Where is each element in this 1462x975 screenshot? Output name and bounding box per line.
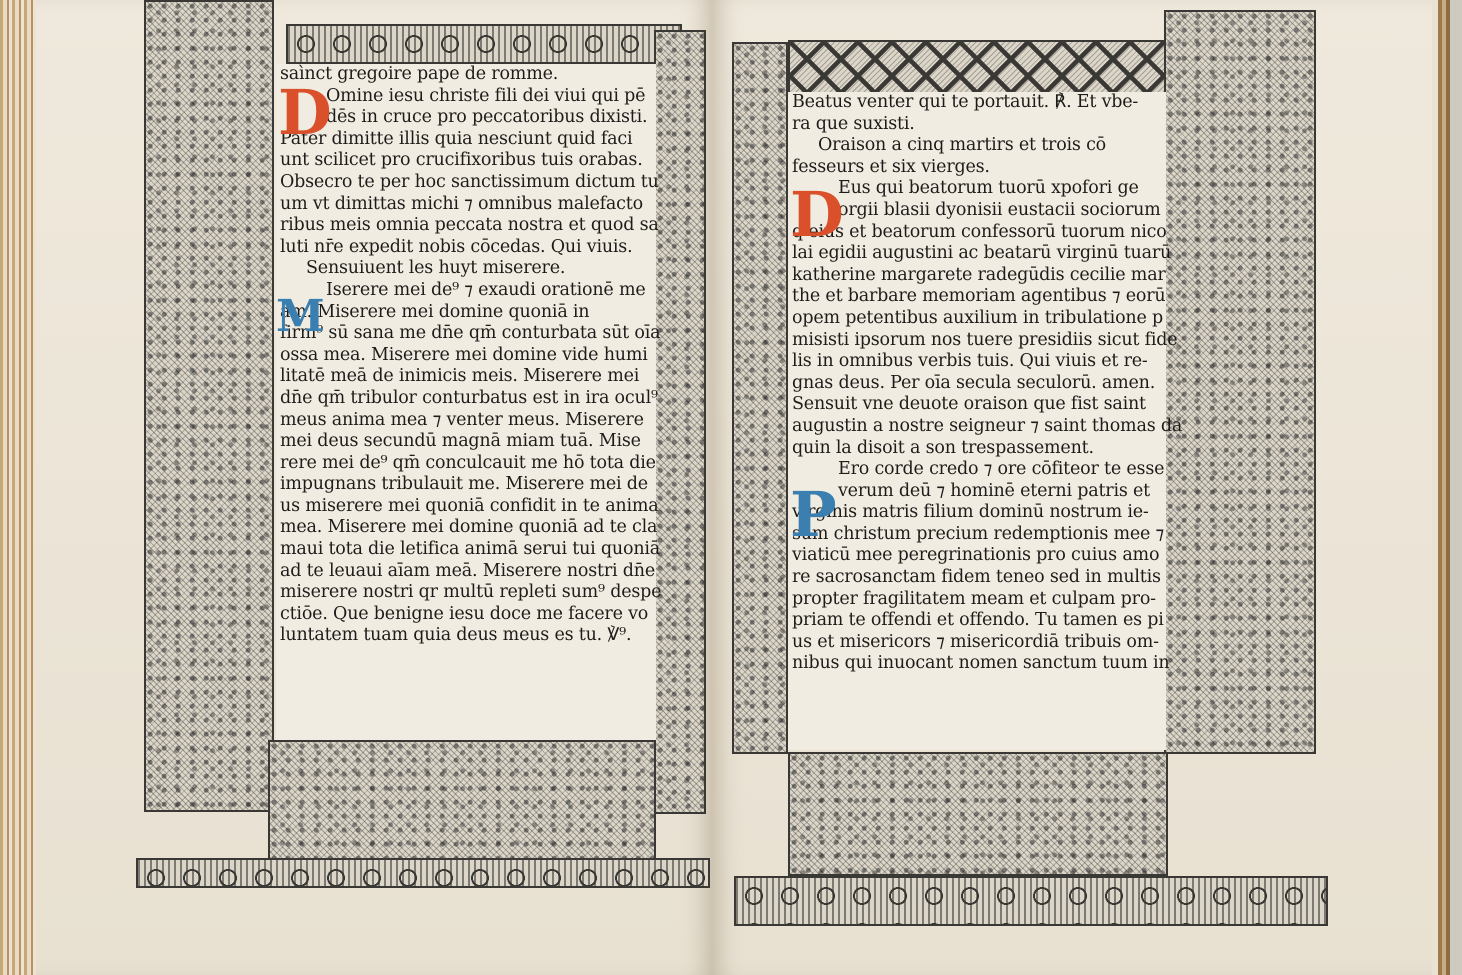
text-line: miserere nostri qr multū repleti sum⁹ de… [280,582,656,604]
text-line: verum deū ⁊ hominē eterni patris et [792,481,1166,503]
text-line: rere mei de⁹ qm̄ conculcauit me hō tota … [280,453,656,475]
page-stack-left [0,0,36,975]
text-line: ra que suxisti. [792,114,1166,136]
text-line: Omine iesu christe fili dei viui qui pē [280,86,656,108]
text-line: Obsecro te per hoc sanctissimum dictum t… [280,172,656,194]
initial-d-red: D [278,82,332,144]
text-line: Pater dimitte illis quia nesciunt quid f… [280,129,656,151]
text-line: Beatus venter qui te portauit. ℟. Et vbe… [792,92,1166,114]
left-page-top-border-woodcut [286,24,682,64]
page-stack-right [1432,0,1462,975]
initial-p-blue: P [790,484,836,546]
text-line: lis in omnibus verbis tuis. Qui viuis et… [792,351,1166,373]
text-line: meus anima mea ⁊ venter meus. Miserere [280,410,656,432]
left-page: D saìnct gregoire pape de romme. Omine i… [36,0,712,975]
right-page: Beatus venter qui te portauit. ℟. Et vbe… [712,0,1432,975]
text-line: saìnct gregoire pape de romme. [280,64,656,86]
text-line: virginis matris filium dominū nostrum ie… [792,502,1166,524]
text-line: Eus qui beatorum tuorū xpofori ge [792,178,1166,200]
text-line: viaticū mee peregrinationis pro cuius am… [792,545,1166,567]
right-page-base-band-woodcut [734,876,1328,926]
text-line: us miserere mei quoniā confidit in te an… [280,496,656,518]
left-page-text: D saìnct gregoire pape de romme. Omine i… [276,64,656,740]
text-line: nibus qui inuocant nomen sanctum tuum in [792,653,1166,675]
right-page-left-border-woodcut [732,42,788,754]
right-page-top-border-woodcut [788,40,1172,94]
text-line: am. Miserere mei domine quoniā in [280,302,656,324]
open-book: D saìnct gregoire pape de romme. Omine i… [0,0,1462,975]
text-line: the et barbare memoriam agentibus ⁊ eorū [792,286,1166,308]
text-line: maui tota die letifica animā serui tui q… [280,539,656,561]
rubric-heading: Oraison a cinq martirs et trois cō [792,135,1166,157]
initial-d-red: D [790,184,844,246]
text-line: Ero corde credo ⁊ ore cōfiteor te esse [792,459,1166,481]
text-line: gnas deus. Per oīa secula seculorū. amen… [792,373,1166,395]
text-line: dn̄e qm̄ tribulor conturbatus est in ira… [280,388,656,410]
text-line: katherine margarete radegūdis cecilie ma… [792,265,1166,287]
text-line: firm⁹ sū sana me dn̄e qm̄ conturbata sūt… [280,323,656,345]
text-line: ossa mea. Miserere mei domine vide humi [280,345,656,367]
text-line: Iserere mei de⁹ ⁊ exaudi orationē me [280,280,656,302]
left-page-right-border-woodcut [654,30,706,814]
rubric-heading: fesseurs et six vierges. [792,157,1166,179]
text-line: re sacrosanctam fidem teneo sed in multi… [792,567,1166,589]
text-line: luti nr̄e expedit nobis cōcedas. Qui viu… [280,237,656,259]
initial-m-blue: M [276,286,325,348]
rubric-heading: Sensuit vne deuote oraison que fist sain… [792,394,1166,416]
right-page-text: Beatus venter qui te portauit. ℟. Et vbe… [788,92,1166,750]
text-line: us et misericors ⁊ misericordiā tribuis … [792,632,1166,654]
text-line: mea. Miserere mei domine quoniā ad te cl… [280,517,656,539]
text-line: opem petentibus auxilium in tribulatione… [792,308,1166,330]
right-page-right-border-woodcut [1164,10,1316,754]
left-page-left-border-woodcut [144,0,274,812]
text-line: q eius et beatorum confessorū tuorum nic… [792,222,1166,244]
text-line: augustin a nostre seigneur ⁊ saint thoma… [792,416,1166,438]
text-line: dēs in cruce pro peccatoribus dixisti. [280,107,656,129]
left-page-base-band-woodcut [136,858,710,888]
text-line: mei deus secundū magnā miam tuā. Mise [280,431,656,453]
text-line: ribus meis omnia peccata nostra et quod … [280,215,656,237]
text-line: quin la disoit a son trespassement. [792,438,1166,460]
text-line: luntatem tuam quia deus meus es tu. ℣⁹. [280,625,656,647]
text-line: unt scilicet pro crucifixoribus tuis ora… [280,150,656,172]
text-line: impugnans tribulauit me. Miserere mei de [280,474,656,496]
text-line: lai egidii augustini ac beatarū virginū … [792,243,1166,265]
text-line: sum christum precium redemptionis mee ⁊ [792,524,1166,546]
right-page-bottom-scene-woodcut [788,752,1168,876]
text-line: misisti ipsorum nos tuere presidiis sicu… [792,330,1166,352]
rubric-heading: Sensuiuent les huyt miserere. [280,258,656,280]
text-line: ctiōe. Que benigne iesu doce me facere v… [280,604,656,626]
left-page-bottom-scene-woodcut [268,740,656,860]
text-line: um vt dimittas michi ⁊ omnibus malefacto [280,194,656,216]
text-line: litatē meā de inimicis meis. Miserere me… [280,366,656,388]
text-line: propter fragilitatem meam et culpam pro- [792,589,1166,611]
text-line: orgii blasii dyonisii eustacii sociorum [792,200,1166,222]
text-line: ad te leuaui aīam meā. Miserere nostri d… [280,561,656,583]
text-line: priam te offendi et offendo. Tu tamen es… [792,610,1166,632]
